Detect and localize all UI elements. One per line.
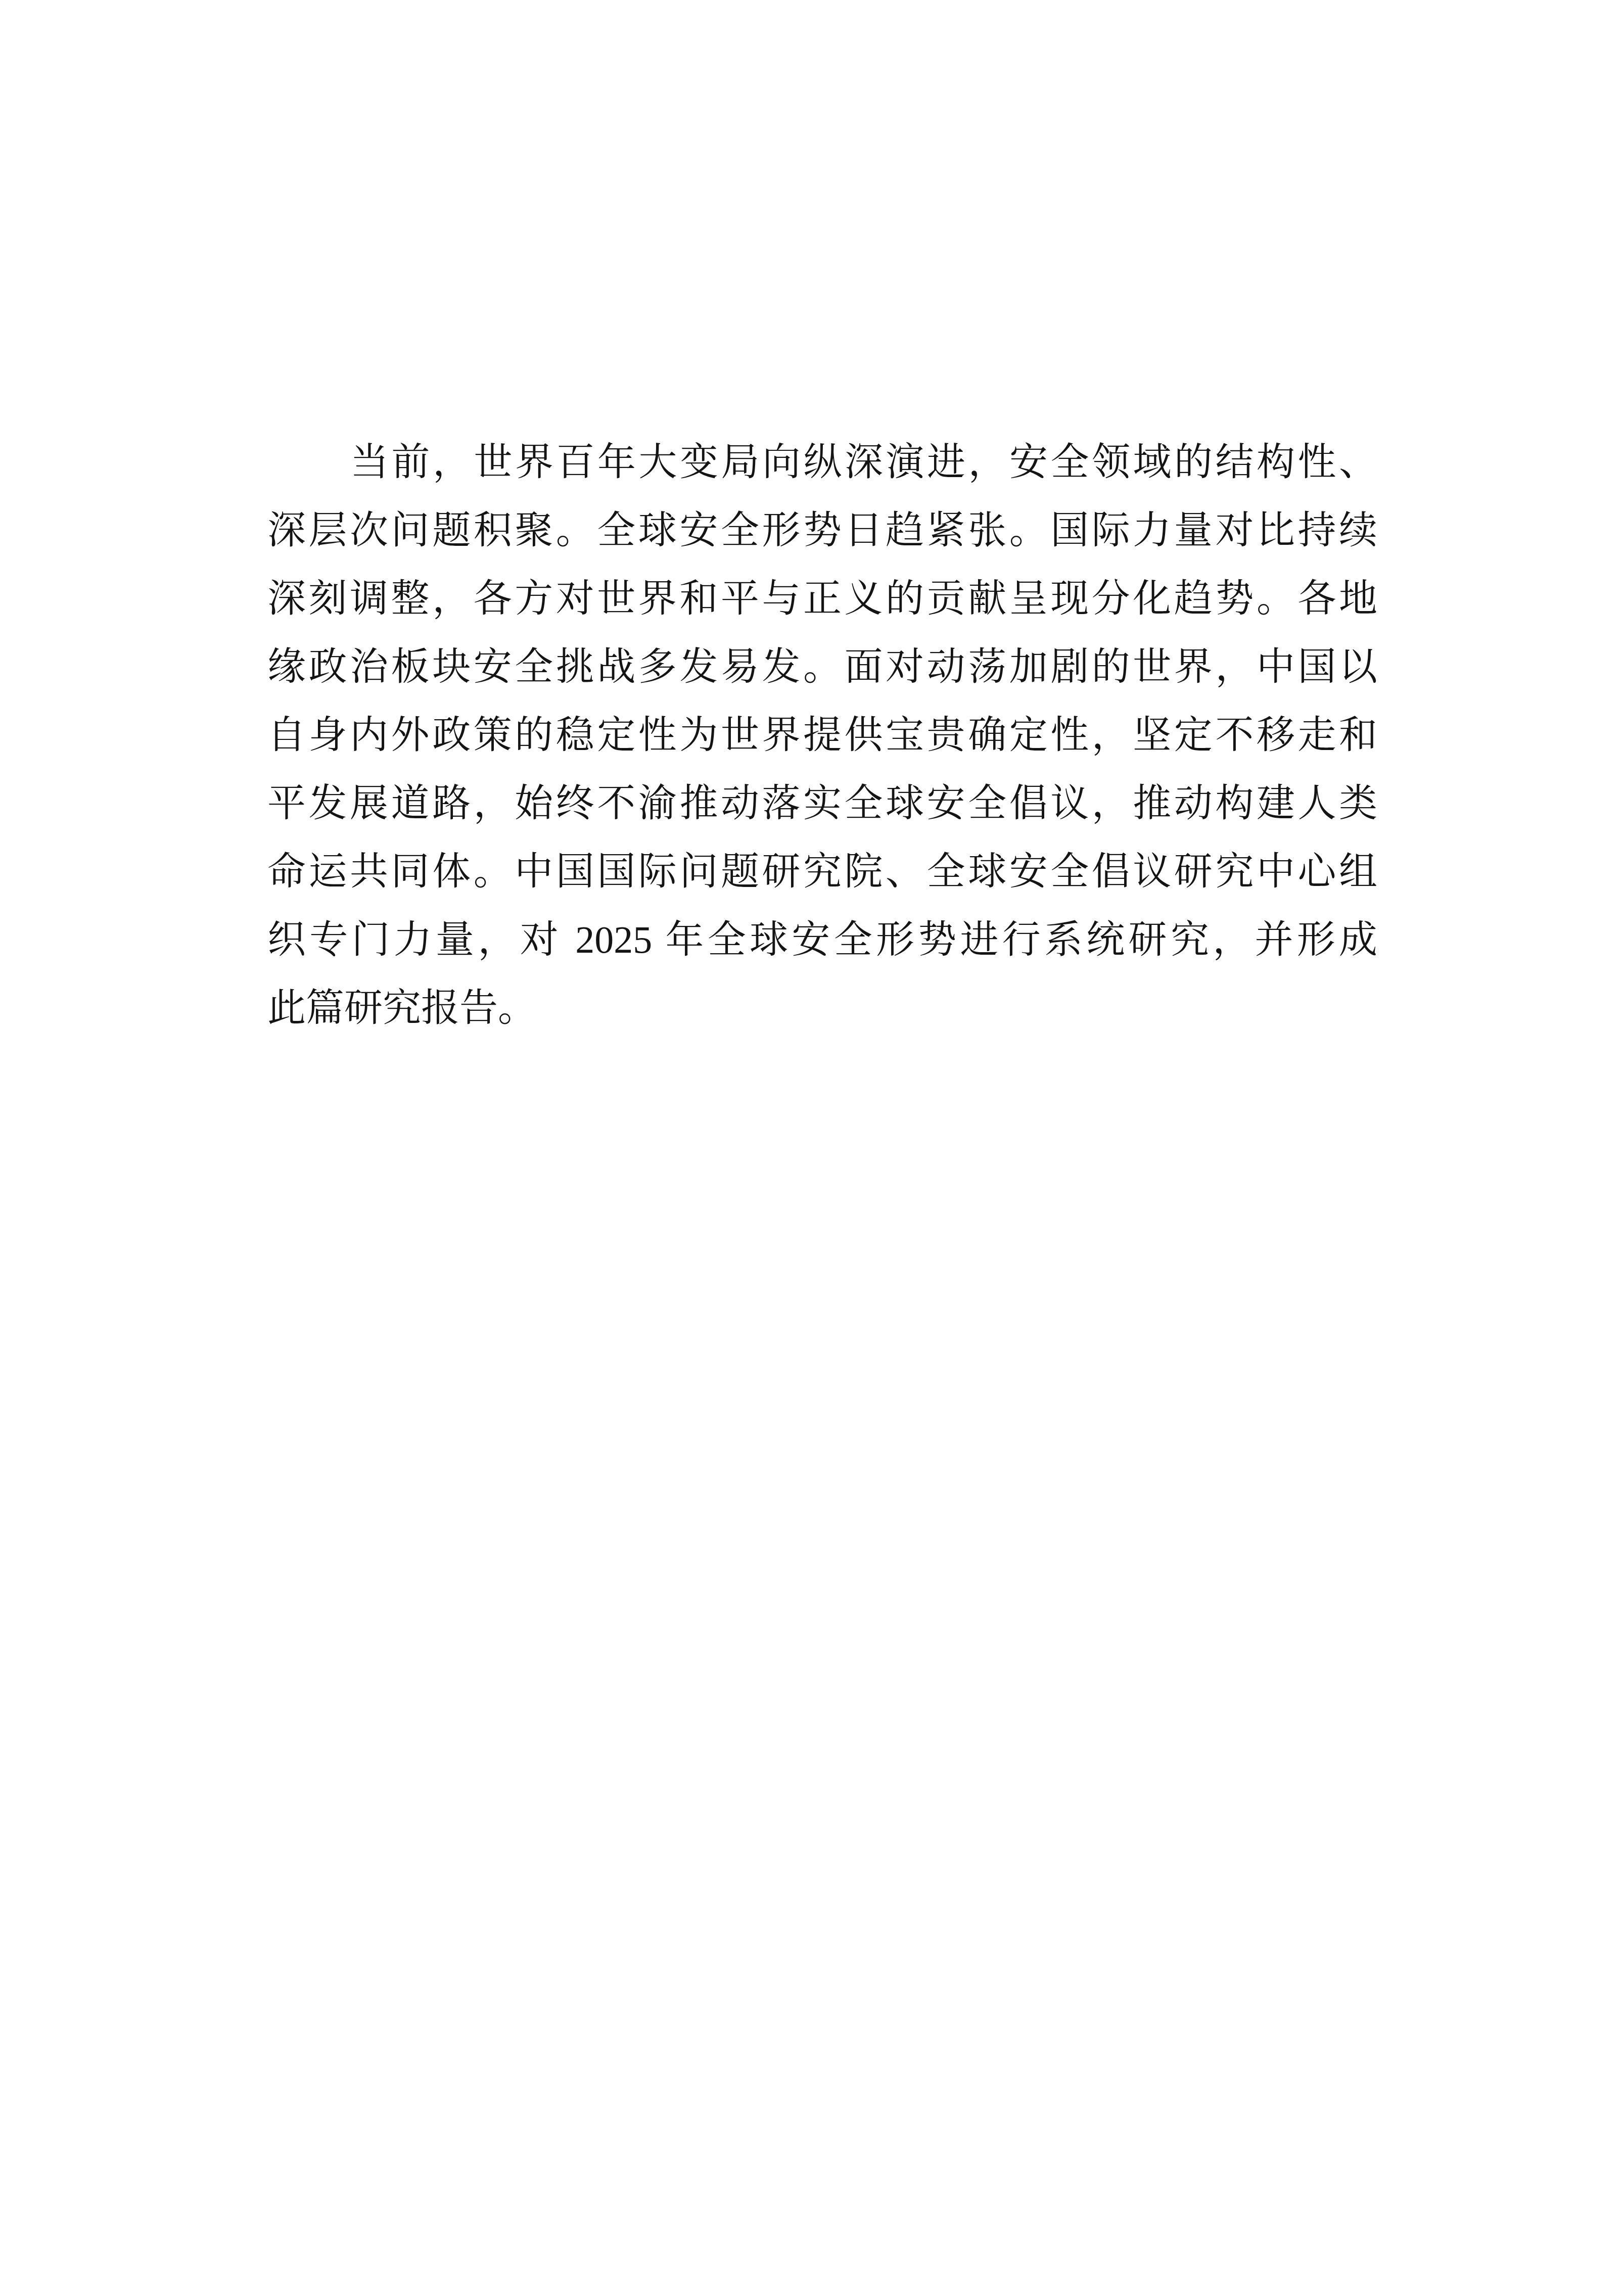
paragraph-line: 此篇研究报告。 [267, 974, 1377, 1043]
document-page: 当前，世界百年大变局向纵深演进，安全领域的结构性、 深层次问题积聚。全球安全形势… [0, 0, 1624, 2292]
paragraph-line: 自身内外政策的稳定性为世界提供宝贵确定性，坚定不移走和 [267, 701, 1377, 770]
paragraph-line: 深刻调整，各方对世界和平与正义的贡献呈现分化趋势。各地 [267, 565, 1377, 633]
paragraph-line: 当前，世界百年大变局向纵深演进，安全领域的结构性、 [267, 429, 1377, 497]
paragraph-line: 深层次问题积聚。全球安全形势日趋紧张。国际力量对比持续 [267, 497, 1377, 565]
paragraph-line: 缘政治板块安全挑战多发易发。面对动荡加剧的世界，中国以 [267, 633, 1377, 701]
paragraph-line: 平发展道路，始终不渝推动落实全球安全倡议，推动构建人类 [267, 770, 1377, 838]
paragraph-line: 织专门力量，对 2025 年全球安全形势进行系统研究，并形成 [267, 906, 1377, 974]
paragraph-line: 命运共同体。中国国际问题研究院、全球安全倡议研究中心组 [267, 838, 1377, 906]
body-paragraph: 当前，世界百年大变局向纵深演进，安全领域的结构性、 深层次问题积聚。全球安全形势… [267, 429, 1377, 1043]
